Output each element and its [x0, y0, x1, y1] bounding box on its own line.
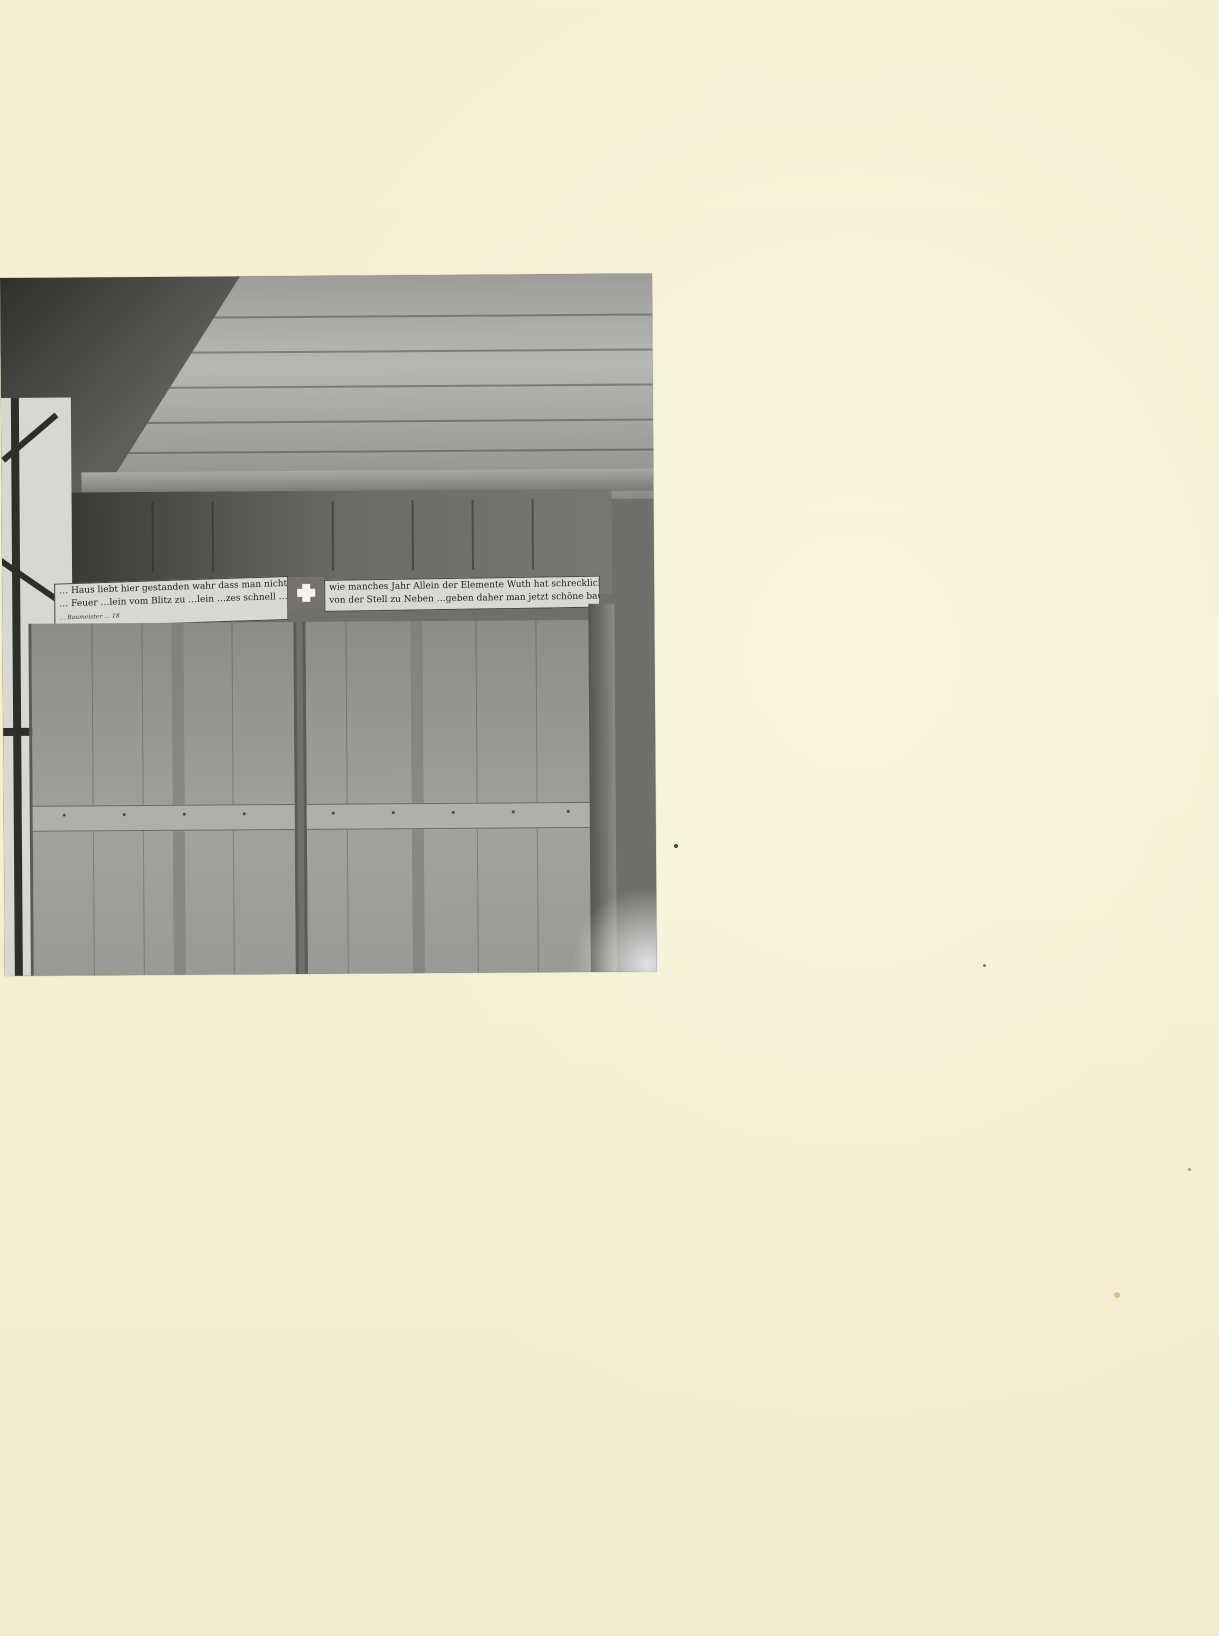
swiss-cross-icon: [288, 577, 324, 609]
mounted-photograph: … Haus liebt hier gestanden wahr dass ma…: [0, 273, 657, 976]
inscription-right: wie manches Jahr Allein der Elemente Wut…: [324, 576, 600, 612]
paper-speck: [1188, 1168, 1191, 1171]
album-page: … Haus liebt hier gestanden wahr dass ma…: [0, 0, 1219, 1636]
paper-speck: [983, 964, 986, 967]
inscription-left: … Haus liebt hier gestanden wahr dass ma…: [54, 576, 288, 628]
paper-stain: [1114, 1292, 1120, 1298]
photo-glare: [566, 891, 657, 972]
door-right-leaf: [302, 620, 594, 974]
paper-speck: [674, 844, 678, 848]
door-left-leaf: [28, 622, 298, 976]
